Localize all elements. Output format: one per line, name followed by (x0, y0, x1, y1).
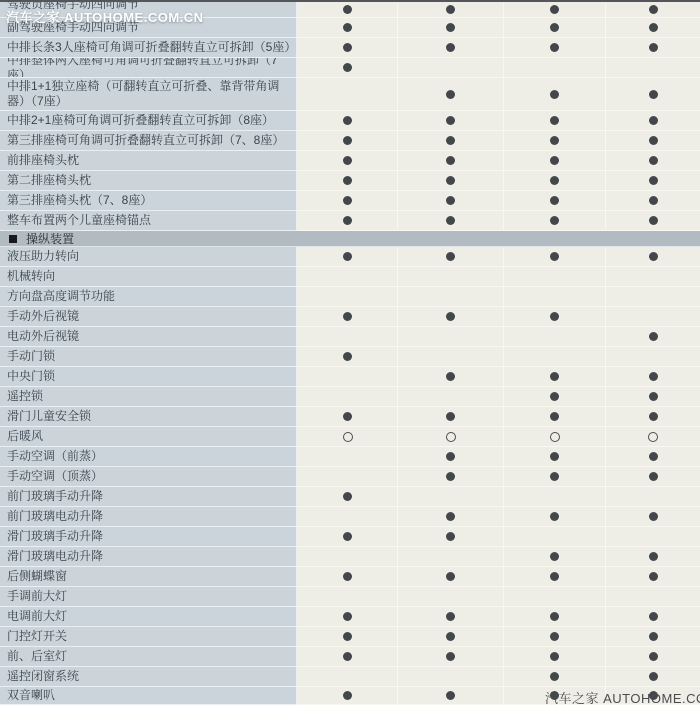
row-label: 方向盘高度调节功能 (0, 287, 296, 307)
feature-cell (503, 607, 605, 627)
section-header-row: 操纵装置 (0, 231, 700, 247)
row-label: 前门玻璃手动升降 (0, 487, 296, 507)
row-label: 机械转向 (0, 267, 296, 287)
optional-circle-icon (550, 432, 560, 442)
feature-cell (605, 607, 700, 627)
row-label: 滑门玻璃手动升降 (0, 527, 296, 547)
watermark-top: 汽车之家 AUTOHOME.COM.CN (6, 7, 204, 26)
feature-cell (296, 2, 397, 18)
feature-cell (605, 131, 700, 151)
standard-dot-icon (446, 5, 455, 14)
optional-circle-icon (446, 432, 456, 442)
feature-cell (296, 171, 397, 191)
row-label: 整车布置两个儿童座椅锚点 (0, 211, 296, 231)
row-label: 中排整体两人座椅可角调可折叠翻转直立可拆卸（7座） (0, 58, 296, 78)
feature-cell (503, 627, 605, 647)
feature-cell (296, 58, 397, 78)
feature-cell (397, 267, 503, 287)
feature-cell (397, 171, 503, 191)
row-label: 门控灯开关 (0, 627, 296, 647)
standard-dot-icon (446, 612, 455, 621)
table-row: 滑门儿童安全锁 (0, 407, 700, 427)
row-label: 前门玻璃电动升降 (0, 507, 296, 527)
feature-cell (397, 78, 503, 111)
feature-cell (397, 627, 503, 647)
table-row: 第三排座椅可角调可折叠翻转直立可拆卸（7、8座） (0, 131, 700, 151)
feature-cell (605, 191, 700, 211)
feature-cell (296, 78, 397, 111)
feature-cell (296, 247, 397, 267)
feature-cell (605, 78, 700, 111)
feature-cell (296, 18, 397, 38)
feature-cell (503, 307, 605, 327)
feature-cell (296, 607, 397, 627)
feature-cell (605, 111, 700, 131)
standard-dot-icon (550, 312, 559, 321)
feature-cell (296, 547, 397, 567)
feature-cell (503, 327, 605, 347)
feature-cell (605, 587, 700, 607)
feature-cell (296, 111, 397, 131)
feature-cell (397, 667, 503, 687)
standard-dot-icon (343, 5, 352, 14)
feature-cell (605, 487, 700, 507)
standard-dot-icon (550, 90, 559, 99)
standard-dot-icon (649, 372, 658, 381)
standard-dot-icon (446, 412, 455, 421)
feature-cell (503, 131, 605, 151)
standard-dot-icon (550, 23, 559, 32)
feature-cell (503, 387, 605, 407)
feature-cell (397, 427, 503, 447)
standard-dot-icon (446, 252, 455, 261)
standard-dot-icon (550, 136, 559, 145)
standard-dot-icon (446, 136, 455, 145)
feature-cell (296, 327, 397, 347)
table-row: 前门玻璃电动升降 (0, 507, 700, 527)
feature-cell (605, 171, 700, 191)
standard-dot-icon (550, 116, 559, 125)
feature-cell (397, 347, 503, 367)
table-row: 滑门玻璃手动升降 (0, 527, 700, 547)
row-label: 前排座椅头枕 (0, 151, 296, 171)
feature-cell (605, 367, 700, 387)
standard-dot-icon (343, 412, 352, 421)
row-label: 第三排座椅头枕（7、8座） (0, 191, 296, 211)
feature-cell (503, 647, 605, 667)
feature-cell (397, 607, 503, 627)
standard-dot-icon (343, 532, 352, 541)
table-body: 驾驶员座椅手动四向调节副驾驶座椅手动四向调节中排长条3人座椅可角调可折叠翻转直立… (0, 2, 700, 705)
standard-dot-icon (550, 552, 559, 561)
feature-cell (296, 387, 397, 407)
standard-dot-icon (446, 176, 455, 185)
feature-cell (503, 567, 605, 587)
standard-dot-icon (649, 136, 658, 145)
feature-cell (296, 267, 397, 287)
row-label: 双音喇叭 (0, 687, 296, 705)
feature-cell (296, 347, 397, 367)
feature-cell (605, 58, 700, 78)
table-row: 手动空调（前蒸） (0, 447, 700, 467)
feature-cell (397, 687, 503, 705)
row-label: 滑门儿童安全锁 (0, 407, 296, 427)
feature-cell (397, 191, 503, 211)
feature-cell (605, 151, 700, 171)
feature-cell (296, 407, 397, 427)
feature-cell (605, 347, 700, 367)
row-label: 第三排座椅可角调可折叠翻转直立可拆卸（7、8座） (0, 131, 296, 151)
standard-dot-icon (343, 116, 352, 125)
table-row: 液压助力转向 (0, 247, 700, 267)
row-label: 液压助力转向 (0, 247, 296, 267)
feature-cell (605, 527, 700, 547)
table-row: 中排整体两人座椅可角调可折叠翻转直立可拆卸（7座） (0, 58, 700, 78)
feature-cell (296, 507, 397, 527)
standard-dot-icon (649, 216, 658, 225)
row-label: 手动门锁 (0, 347, 296, 367)
row-label: 中排1+1独立座椅（可翻转直立可折叠、靠背带角调器）（7座） (0, 78, 296, 111)
row-label: 中排长条3人座椅可角调可折叠翻转直立可拆卸（5座） (0, 38, 296, 58)
feature-cell (605, 567, 700, 587)
standard-dot-icon (343, 652, 352, 661)
feature-cell (503, 151, 605, 171)
standard-dot-icon (550, 472, 559, 481)
row-label: 中央门锁 (0, 367, 296, 387)
table-row: 中排1+1独立座椅（可翻转直立可折叠、靠背带角调器）（7座） (0, 78, 700, 111)
optional-circle-icon (648, 432, 658, 442)
feature-cell (296, 587, 397, 607)
table-row: 后暖风 (0, 427, 700, 447)
feature-cell (503, 18, 605, 38)
standard-dot-icon (649, 5, 658, 14)
standard-dot-icon (446, 632, 455, 641)
table-row: 前、后室灯 (0, 647, 700, 667)
table-row: 手动空调（顶蒸） (0, 467, 700, 487)
standard-dot-icon (649, 632, 658, 641)
standard-dot-icon (446, 532, 455, 541)
standard-dot-icon (550, 412, 559, 421)
standard-dot-icon (649, 672, 658, 681)
feature-cell (296, 151, 397, 171)
standard-dot-icon (649, 176, 658, 185)
standard-dot-icon (446, 512, 455, 521)
table-row: 门控灯开关 (0, 627, 700, 647)
feature-cell (605, 547, 700, 567)
feature-cell (397, 58, 503, 78)
feature-cell (296, 447, 397, 467)
row-label: 后暖风 (0, 427, 296, 447)
standard-dot-icon (446, 90, 455, 99)
feature-cell (296, 427, 397, 447)
feature-cell (397, 131, 503, 151)
feature-cell (397, 211, 503, 231)
feature-cell (503, 58, 605, 78)
table-row: 遥控闭窗系统 (0, 667, 700, 687)
feature-cell (397, 467, 503, 487)
feature-cell (503, 487, 605, 507)
standard-dot-icon (550, 5, 559, 14)
feature-cell (296, 627, 397, 647)
feature-cell (605, 247, 700, 267)
standard-dot-icon (550, 43, 559, 52)
standard-dot-icon (446, 312, 455, 321)
feature-cell (397, 2, 503, 18)
feature-cell (503, 211, 605, 231)
feature-cell (503, 171, 605, 191)
feature-cell (296, 467, 397, 487)
standard-dot-icon (550, 512, 559, 521)
standard-dot-icon (550, 176, 559, 185)
feature-cell (296, 131, 397, 151)
standard-dot-icon (343, 691, 352, 700)
feature-cell (397, 487, 503, 507)
standard-dot-icon (550, 632, 559, 641)
table-row: 后侧蝴蝶窗 (0, 567, 700, 587)
standard-dot-icon (550, 672, 559, 681)
feature-cell (503, 267, 605, 287)
feature-cell (397, 247, 503, 267)
standard-dot-icon (550, 392, 559, 401)
feature-cell (503, 367, 605, 387)
feature-cell (296, 211, 397, 231)
table-row: 中排长条3人座椅可角调可折叠翻转直立可拆卸（5座） (0, 38, 700, 58)
standard-dot-icon (343, 43, 352, 52)
standard-dot-icon (343, 492, 352, 501)
watermark-bottom: 汽车之家 AUTOHOME.COM.CN (545, 688, 700, 705)
standard-dot-icon (550, 652, 559, 661)
standard-dot-icon (649, 23, 658, 32)
row-label: 遥控锁 (0, 387, 296, 407)
feature-cell (605, 307, 700, 327)
feature-cell (296, 287, 397, 307)
standard-dot-icon (550, 216, 559, 225)
feature-cell (503, 547, 605, 567)
feature-cell (503, 247, 605, 267)
standard-dot-icon (550, 156, 559, 165)
standard-dot-icon (550, 452, 559, 461)
standard-dot-icon (550, 372, 559, 381)
feature-cell (397, 547, 503, 567)
feature-cell (503, 287, 605, 307)
standard-dot-icon (649, 412, 658, 421)
feature-cell (397, 447, 503, 467)
feature-cell (503, 407, 605, 427)
standard-dot-icon (649, 196, 658, 205)
feature-cell (503, 111, 605, 131)
feature-cell (296, 191, 397, 211)
row-label: 第二排座椅头枕 (0, 171, 296, 191)
standard-dot-icon (343, 23, 352, 32)
feature-cell (503, 347, 605, 367)
feature-cell (605, 447, 700, 467)
standard-dot-icon (649, 472, 658, 481)
standard-dot-icon (343, 612, 352, 621)
feature-cell (605, 407, 700, 427)
standard-dot-icon (446, 156, 455, 165)
feature-cell (503, 427, 605, 447)
row-label: 遥控闭窗系统 (0, 667, 296, 687)
feature-cell (605, 18, 700, 38)
table-row: 滑门玻璃电动升降 (0, 547, 700, 567)
feature-cell (503, 38, 605, 58)
row-label: 手动外后视镜 (0, 307, 296, 327)
feature-cell (503, 191, 605, 211)
feature-cell (397, 527, 503, 547)
feature-cell (605, 427, 700, 447)
standard-dot-icon (343, 63, 352, 72)
standard-dot-icon (550, 252, 559, 261)
standard-dot-icon (649, 332, 658, 341)
feature-cell (296, 527, 397, 547)
row-label: 电动外后视镜 (0, 327, 296, 347)
standard-dot-icon (649, 43, 658, 52)
row-label: 前、后室灯 (0, 647, 296, 667)
table-row: 电动外后视镜 (0, 327, 700, 347)
standard-dot-icon (343, 156, 352, 165)
standard-dot-icon (446, 43, 455, 52)
optional-circle-icon (343, 432, 353, 442)
standard-dot-icon (343, 196, 352, 205)
standard-dot-icon (446, 452, 455, 461)
standard-dot-icon (649, 652, 658, 661)
feature-cell (605, 327, 700, 347)
standard-dot-icon (649, 116, 658, 125)
table-row: 中排2+1座椅可角调可折叠翻转直立可拆卸（8座） (0, 111, 700, 131)
feature-cell (605, 667, 700, 687)
standard-dot-icon (649, 552, 658, 561)
table-row: 第二排座椅头枕 (0, 171, 700, 191)
standard-dot-icon (649, 392, 658, 401)
standard-dot-icon (649, 90, 658, 99)
standard-dot-icon (649, 612, 658, 621)
row-label: 手动空调（前蒸） (0, 447, 296, 467)
feature-cell (296, 367, 397, 387)
feature-cell (605, 647, 700, 667)
standard-dot-icon (446, 23, 455, 32)
section-marker-icon (9, 235, 17, 243)
feature-cell (397, 111, 503, 131)
table-row: 前门玻璃手动升降 (0, 487, 700, 507)
feature-cell (397, 287, 503, 307)
feature-cell (397, 151, 503, 171)
feature-cell (397, 18, 503, 38)
feature-cell (397, 327, 503, 347)
feature-cell (296, 667, 397, 687)
feature-cell (397, 507, 503, 527)
standard-dot-icon (446, 372, 455, 381)
spec-comparison-table: 驾驶员座椅手动四向调节副驾驶座椅手动四向调节中排长条3人座椅可角调可折叠翻转直立… (0, 0, 700, 705)
standard-dot-icon (446, 116, 455, 125)
standard-dot-icon (446, 472, 455, 481)
table-row: 遥控锁 (0, 387, 700, 407)
feature-cell (605, 627, 700, 647)
feature-cell (605, 507, 700, 527)
standard-dot-icon (550, 196, 559, 205)
feature-cell (503, 78, 605, 111)
row-label: 中排2+1座椅可角调可折叠翻转直立可拆卸（8座） (0, 111, 296, 131)
feature-cell (605, 467, 700, 487)
standard-dot-icon (446, 572, 455, 581)
standard-dot-icon (649, 156, 658, 165)
table-row: 手调前大灯 (0, 587, 700, 607)
feature-cell (605, 211, 700, 231)
table-row: 中央门锁 (0, 367, 700, 387)
feature-cell (605, 267, 700, 287)
feature-cell (296, 567, 397, 587)
standard-dot-icon (343, 252, 352, 261)
feature-cell (397, 587, 503, 607)
feature-cell (503, 667, 605, 687)
table-row: 手动外后视镜 (0, 307, 700, 327)
table-row: 方向盘高度调节功能 (0, 287, 700, 307)
standard-dot-icon (343, 632, 352, 641)
feature-cell (296, 38, 397, 58)
table-row: 第三排座椅头枕（7、8座） (0, 191, 700, 211)
feature-cell (397, 307, 503, 327)
row-label: 手调前大灯 (0, 587, 296, 607)
standard-dot-icon (446, 196, 455, 205)
feature-cell (397, 387, 503, 407)
feature-cell (605, 38, 700, 58)
standard-dot-icon (343, 136, 352, 145)
row-label: 手动空调（顶蒸） (0, 467, 296, 487)
standard-dot-icon (649, 252, 658, 261)
table-row: 整车布置两个儿童座椅锚点 (0, 211, 700, 231)
table-row: 机械转向 (0, 267, 700, 287)
feature-cell (605, 287, 700, 307)
standard-dot-icon (343, 572, 352, 581)
feature-cell (397, 647, 503, 667)
section-title: 操纵装置 (26, 230, 74, 247)
feature-cell (296, 307, 397, 327)
standard-dot-icon (550, 572, 559, 581)
row-label: 后侧蝴蝶窗 (0, 567, 296, 587)
feature-cell (397, 367, 503, 387)
feature-cell (605, 2, 700, 18)
feature-cell (397, 567, 503, 587)
feature-cell (503, 447, 605, 467)
feature-cell (296, 647, 397, 667)
standard-dot-icon (343, 352, 352, 361)
standard-dot-icon (550, 612, 559, 621)
table-row: 前排座椅头枕 (0, 151, 700, 171)
standard-dot-icon (649, 512, 658, 521)
feature-cell (503, 2, 605, 18)
standard-dot-icon (446, 216, 455, 225)
feature-cell (503, 507, 605, 527)
feature-cell (503, 587, 605, 607)
feature-cell (397, 407, 503, 427)
standard-dot-icon (649, 572, 658, 581)
standard-dot-icon (446, 652, 455, 661)
feature-cell (503, 527, 605, 547)
feature-cell (503, 467, 605, 487)
standard-dot-icon (343, 176, 352, 185)
table-row: 手动门锁 (0, 347, 700, 367)
feature-cell (296, 687, 397, 705)
feature-cell (397, 38, 503, 58)
standard-dot-icon (343, 312, 352, 321)
row-label: 电调前大灯 (0, 607, 296, 627)
feature-cell (605, 387, 700, 407)
standard-dot-icon (343, 216, 352, 225)
table-row: 电调前大灯 (0, 607, 700, 627)
feature-cell (296, 487, 397, 507)
row-label: 滑门玻璃电动升降 (0, 547, 296, 567)
standard-dot-icon (446, 691, 455, 700)
standard-dot-icon (649, 452, 658, 461)
